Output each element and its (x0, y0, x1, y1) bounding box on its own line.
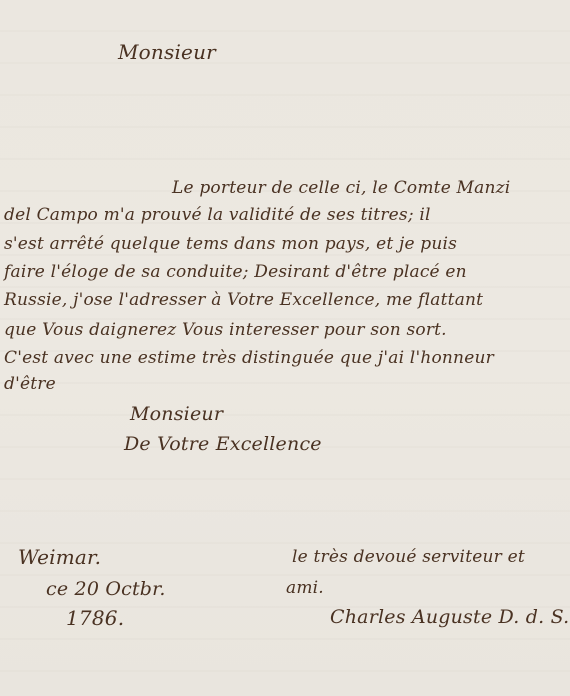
closing-title: De Votre Excellence (124, 433, 322, 455)
letter-paper: Monsieur Le porteur de celle ci, le Comt… (0, 0, 570, 696)
signature-line: ami. (286, 578, 324, 598)
salutation: Monsieur (118, 40, 216, 64)
closing-address: Monsieur (130, 403, 223, 425)
body-line: del Campo m'a prouvé la validité de ses … (4, 205, 431, 225)
dateline-place: Weimar. (18, 545, 101, 569)
body-line: d'être (4, 374, 56, 394)
body-line: Le porteur de celle ci, le Comte Manzi (172, 178, 510, 198)
body-line: s'est arrêté quelque tems dans mon pays,… (4, 234, 457, 254)
dateline-date: ce 20 Octbr. (46, 578, 166, 600)
signature-line: le très devoué serviteur et (292, 547, 525, 567)
dateline-year: 1786. (66, 606, 124, 630)
body-line: C'est avec une estime très distinguée qu… (4, 348, 494, 368)
body-line: Russie, j'ose l'adresser à Votre Excelle… (4, 290, 483, 310)
signature-name: Charles Auguste D. d. S. (330, 606, 569, 628)
body-line: faire l'éloge de sa conduite; Desirant d… (4, 262, 467, 282)
body-line: que Vous daignerez Vous interesser pour … (4, 320, 447, 340)
